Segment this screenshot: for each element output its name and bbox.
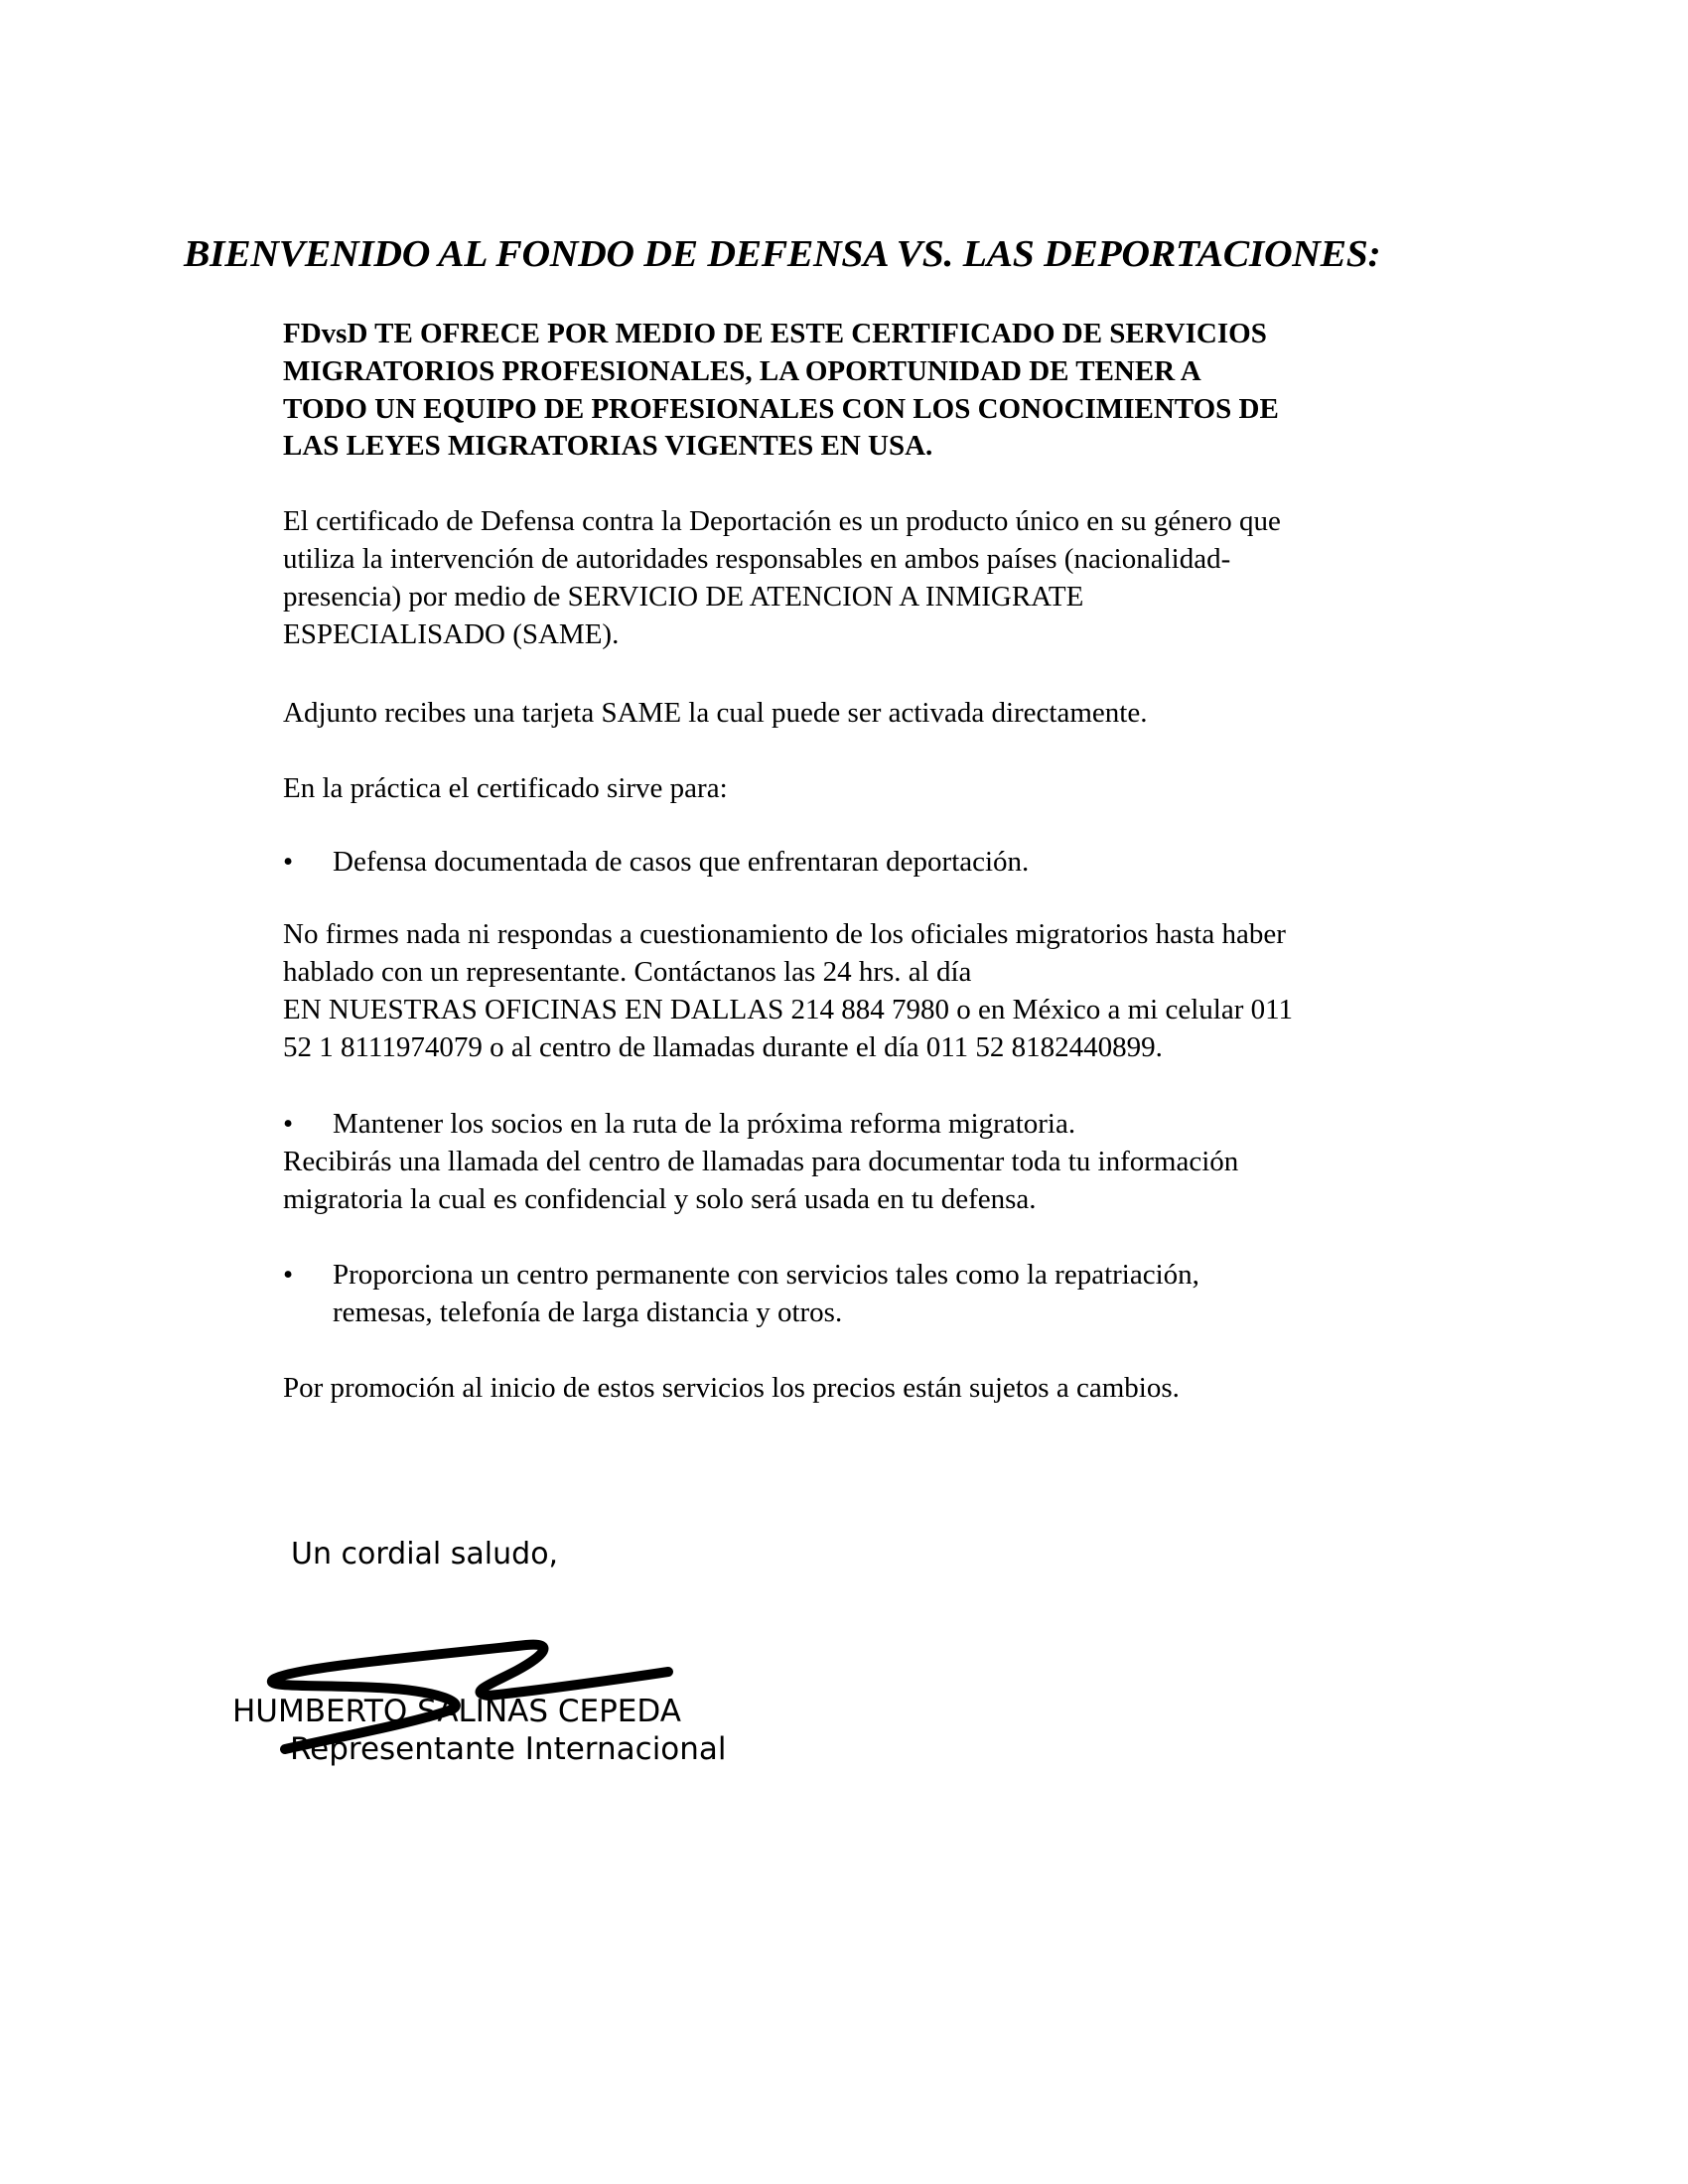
bullet-icon: • [283,1256,323,1294]
paragraph-line: No firmes nada ni respondas a cuestionam… [283,915,1475,953]
bullet-line: Defensa documentada de casos que enfrent… [333,843,1029,881]
intro-bold-paragraph: FDvsD TE OFRECE POR MEDIO DE ESTE CERTIF… [283,316,1475,466]
call-center-paragraph: Recibirás una llamada del centro de llam… [283,1143,1475,1218]
paragraph-line: El certificado de Defensa contra la Depo… [283,502,1475,540]
contact-paragraph: No firmes nada ni respondas a cuestionam… [283,915,1475,1066]
paragraph-line: Recibirás una llamada del centro de llam… [283,1143,1475,1180]
paragraph-line: presencia) por medio de SERVICIO DE ATEN… [283,578,1475,615]
intro-line: FDvsD TE OFRECE POR MEDIO DE ESTE CERTIF… [283,316,1475,353]
bullet-line: Proporciona un centro permanente con ser… [333,1256,1199,1294]
purpose-paragraph: En la práctica el certificado sirve para… [283,769,1475,807]
paragraph-line: Por promoción al inicio de estos servici… [283,1369,1475,1407]
paragraph-line: EN NUESTRAS OFICINAS EN DALLAS 214 884 7… [283,991,1475,1028]
paragraph-line: Adjunto recibes una tarjeta SAME la cual… [283,694,1475,732]
intro-line: MIGRATORIOS PROFESIONALES, LA OPORTUNIDA… [283,353,1475,391]
bullet-text: Mantener los socios en la ruta de la pró… [333,1105,1075,1143]
bullet-line: remesas, telefonía de larga distancia y … [333,1294,1199,1331]
bullet-icon: • [283,843,323,881]
promo-paragraph: Por promoción al inicio de estos servici… [283,1369,1475,1407]
paragraph-line: ESPECIALISADO (SAME). [283,615,1475,653]
paragraph-line: hablado con un representante. Contáctano… [283,953,1475,991]
paragraph-line: 52 1 8111974079 o al centro de llamadas … [283,1028,1475,1066]
document-page: BIENVENIDO AL FONDO DE DEFENSA VS. LAS D… [0,0,1688,2184]
paragraph-line: migratoria la cual es confidencial y sol… [283,1180,1475,1218]
signer-name: HUMBERTO SALINAS CEPEDA [232,1694,681,1729]
document-title: BIENVENIDO AL FONDO DE DEFENSA VS. LAS D… [184,232,1380,276]
signer-title: Representante Internacional [290,1731,727,1767]
bullet-line: Mantener los socios en la ruta de la pró… [333,1105,1075,1143]
intro-line: LAS LEYES MIGRATORIAS VIGENTES EN USA. [283,428,1475,466]
bullet-icon: • [283,1105,323,1143]
card-paragraph: Adjunto recibes una tarjeta SAME la cual… [283,694,1475,732]
paragraph-line: En la práctica el certificado sirve para… [283,769,1475,807]
certificate-paragraph: El certificado de Defensa contra la Depo… [283,502,1475,653]
bullet-text: Defensa documentada de casos que enfrent… [333,843,1029,881]
intro-line: TODO UN EQUIPO DE PROFESIONALES CON LOS … [283,391,1475,429]
closing-salutation: Un cordial saludo, [291,1537,558,1571]
paragraph-line: utiliza la intervención de autoridades r… [283,540,1475,578]
bullet-text: Proporciona un centro permanente con ser… [333,1256,1199,1331]
